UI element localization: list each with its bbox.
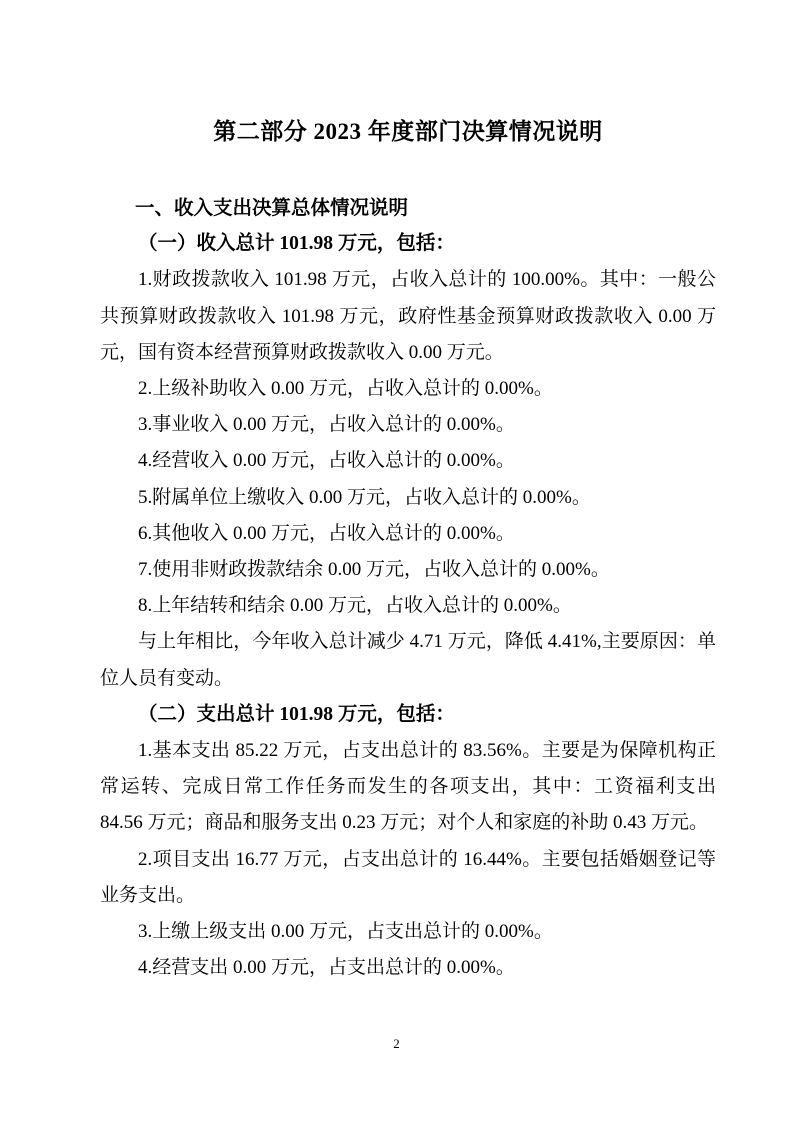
document-title: 第二部分 2023 年度部门决算情况说明 xyxy=(100,112,716,152)
paragraph-income-yoy-comparison: 与上年相比，今年收入总计减少 4.71 万元，降低 4.41%,主要原因：单位人… xyxy=(100,624,716,696)
paragraph-expenditure-4: 4.经营支出 0.00 万元，占支出总计的 0.00%。 xyxy=(100,950,716,986)
document-content: 第二部分 2023 年度部门决算情况说明 一、收入支出决算总体情况说明 （一）收… xyxy=(100,112,716,986)
subsection-heading-expenditure-total: （二）支出总计 101.98 万元，包括： xyxy=(100,697,716,733)
paragraph-income-4: 4.经营收入 0.00 万元，占收入总计的 0.00%。 xyxy=(100,443,716,479)
paragraph-expenditure-3: 3.上缴上级支出 0.00 万元，占支出总计的 0.00%。 xyxy=(100,914,716,950)
paragraph-income-8: 8.上年结转和结余 0.00 万元，占收入总计的 0.00%。 xyxy=(100,588,716,624)
paragraph-expenditure-2: 2.项目支出 16.77 万元，占支出总计的 16.44%。主要包括婚姻登记等业… xyxy=(100,842,716,914)
paragraph-expenditure-1: 1.基本支出 85.22 万元，占支出总计的 83.56%。主要是为保障机构正常… xyxy=(100,733,716,842)
page-number: 2 xyxy=(0,1036,793,1052)
paragraph-income-1: 1.财政拨款收入 101.98 万元，占收入总计的 100.00%。其中：一般公… xyxy=(100,262,716,371)
paragraph-income-6: 6.其他收入 0.00 万元，占收入总计的 0.00%。 xyxy=(100,516,716,552)
paragraph-income-2: 2.上级补助收入 0.00 万元，占收入总计的 0.00%。 xyxy=(100,371,716,407)
subsection-heading-income-total: （一）收入总计 101.98 万元，包括： xyxy=(100,226,716,262)
paragraph-income-5: 5.附属单位上缴收入 0.00 万元，占收入总计的 0.00%。 xyxy=(100,480,716,516)
document-page: 第二部分 2023 年度部门决算情况说明 一、收入支出决算总体情况说明 （一）收… xyxy=(0,0,793,1122)
paragraph-income-7: 7.使用非财政拨款结余 0.00 万元，占收入总计的 0.00%。 xyxy=(100,552,716,588)
paragraph-income-3: 3.事业收入 0.00 万元，占收入总计的 0.00%。 xyxy=(100,407,716,443)
section-heading-overview: 一、收入支出决算总体情况说明 xyxy=(100,190,716,226)
